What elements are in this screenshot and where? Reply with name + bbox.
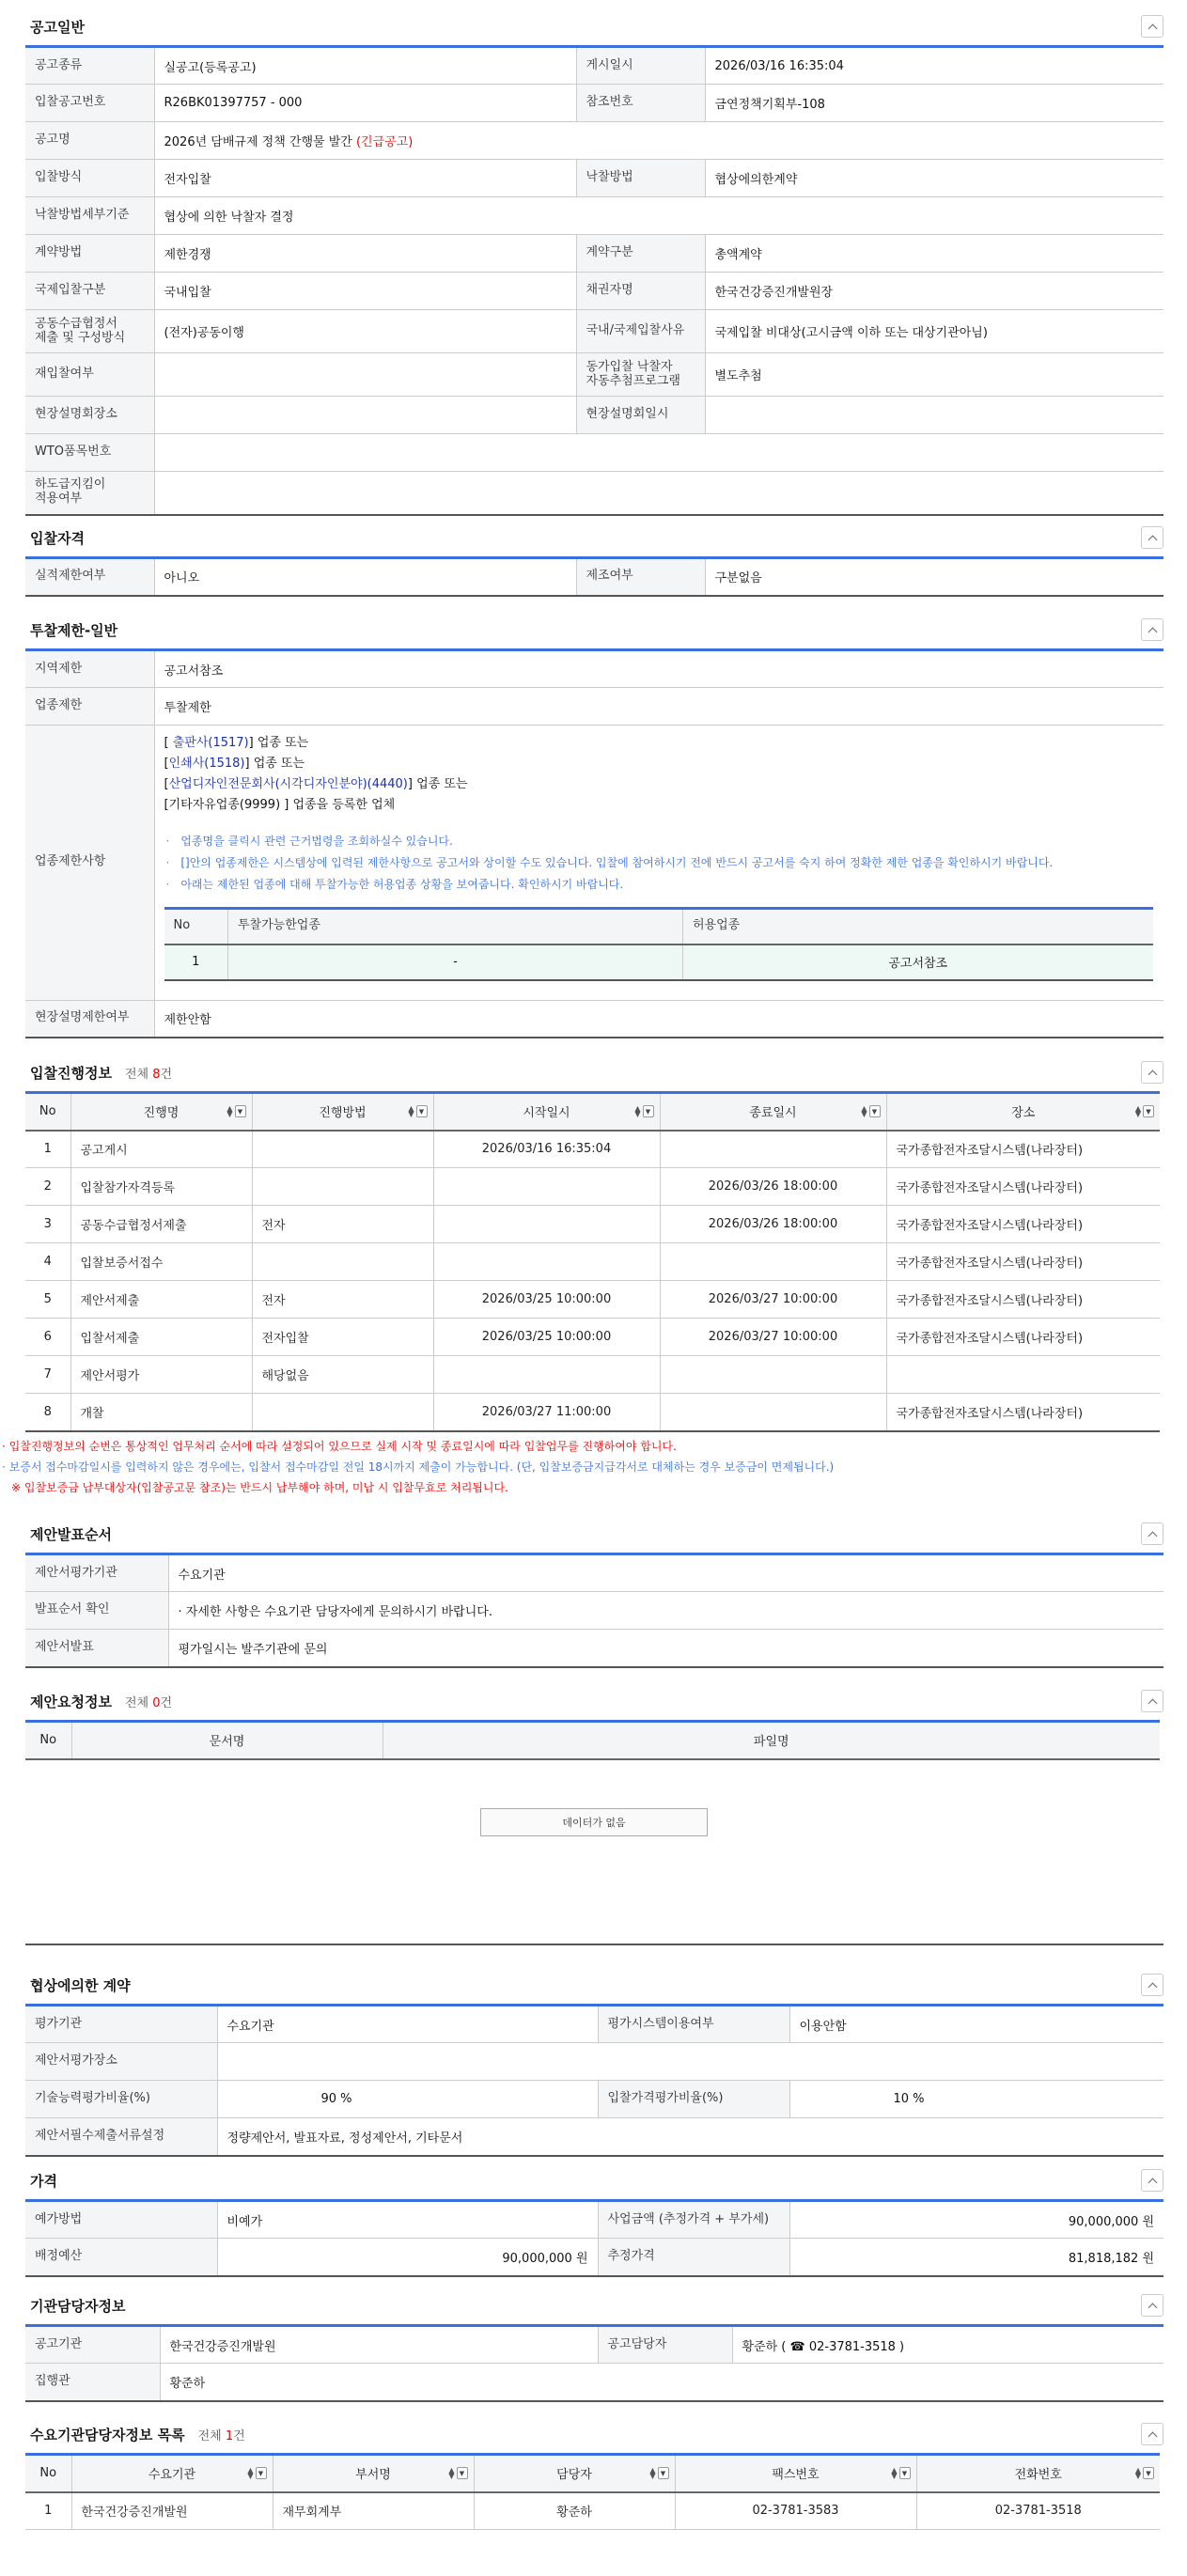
column-header[interactable]: 장소▲▼▼ <box>886 1093 1160 1131</box>
filter-dropdown-icon[interactable]: ▼ <box>899 2467 911 2479</box>
column-header[interactable]: 수요기관▲▼▼ <box>71 2455 273 2492</box>
total-count: 전체 0건 <box>125 1696 172 1710</box>
table-row: 1공고게시2026/03/16 16:35:04국가종합전자조달시스템(나라장터… <box>25 1131 1160 1168</box>
info-row: 낙찰방법세부기준협상에 의한 낙찰자 결정 <box>25 197 1164 235</box>
table-cell: 입찰서제출 <box>70 1319 252 1356</box>
sort-controls: ▲▼▼ <box>247 2467 266 2479</box>
section-general: 공고일반 공고종류실공고(등록공고)게시일시2026/03/16 16:35:0… <box>25 8 1164 516</box>
negotiation-table: 평가기관수요기관평가시스템이용여부이용안함제안서평가장소기술능력평가비율(%)9… <box>25 2004 1164 2157</box>
field-label: 배정예산 <box>25 2239 217 2276</box>
table-cell: 1 <box>164 945 228 980</box>
field-value <box>154 353 576 397</box>
column-header: 문서명 <box>71 1722 383 1759</box>
sort-icon[interactable]: ▲▼ <box>1135 2468 1141 2479</box>
section-title: 협상에의한 계약 <box>30 1975 131 1995</box>
filter-dropdown-icon[interactable]: ▼ <box>457 2467 468 2479</box>
field-label: 낙찰방법 <box>576 160 705 197</box>
column-header[interactable]: 시작일시▲▼▼ <box>433 1093 660 1131</box>
field-value: 평가일시는 발주기관에 문의 <box>168 1630 1164 1667</box>
field-label: 사업금액 (추정가격 + 부가세) <box>598 2201 789 2239</box>
field-label: 기술능력평가비율(%) <box>25 2081 217 2118</box>
field-value: 90,000,000 원 <box>217 2239 598 2276</box>
field-label: 입찰가격평가비율(%) <box>598 2081 789 2118</box>
column-header[interactable]: 팩스번호▲▼▼ <box>675 2455 916 2492</box>
section-title: 제안요청정보전체 0건 <box>30 1692 172 1711</box>
collapse-toggle-button[interactable] <box>1141 2294 1164 2317</box>
info-row: 제안서발표평가일시는 발주기관에 문의 <box>25 1630 1164 1667</box>
table-cell: 개찰 <box>70 1394 252 1431</box>
table-cell <box>433 1243 660 1281</box>
industry-detail-label: 업종제한사항 <box>25 726 154 1001</box>
region-label: 지역제한 <box>25 650 154 688</box>
field-value: 한국건강증진개발원 <box>160 2326 598 2364</box>
column-header-label: 진행명 <box>144 1106 180 1120</box>
table-cell <box>433 1168 660 1206</box>
field-value: 국제입찰 비대상(고시금액 이하 또는 대상기관아님) <box>705 310 1164 353</box>
general-info-table: 공고종류실공고(등록공고)게시일시2026/03/16 16:35:04입찰공고… <box>25 45 1164 516</box>
table-cell: 국가종합전자조달시스템(나라장터) <box>886 1319 1160 1356</box>
sort-controls: ▲▼▼ <box>1135 1105 1154 1117</box>
table-cell <box>660 1131 886 1168</box>
column-header-label: 파일명 <box>754 1735 789 1749</box>
info-row: 배정예산90,000,000 원추정가격81,818,182 원 <box>25 2239 1164 2276</box>
column-header-label: 문서명 <box>210 1735 245 1749</box>
column-header-label: 수요기관 <box>148 2468 195 2482</box>
collapse-toggle-button[interactable] <box>1141 1690 1164 1712</box>
field-label: 계약방법 <box>25 235 154 273</box>
table-cell: 2 <box>25 1168 70 1206</box>
column-header[interactable]: 진행방법▲▼▼ <box>252 1093 433 1131</box>
collapse-toggle-button[interactable] <box>1141 1061 1164 1084</box>
field-value: 제한경쟁 <box>154 235 576 273</box>
sort-controls: ▲▼▼ <box>226 1105 245 1117</box>
field-value <box>154 397 576 434</box>
info-row: 계약방법제한경쟁계약구분총액계약 <box>25 235 1164 273</box>
industry-line: [기타자유업종(9999) ] 업종을 등록한 업체 <box>164 795 1155 816</box>
field-value <box>154 472 1164 515</box>
column-header[interactable]: 진행명▲▼▼ <box>70 1093 252 1131</box>
field-value: 81,818,182 원 <box>789 2239 1164 2276</box>
collapse-toggle-button[interactable] <box>1141 2423 1164 2445</box>
section-title: 공고일반 <box>30 17 85 37</box>
field-value: 협상에의한계약 <box>705 160 1164 197</box>
table-cell <box>433 1356 660 1394</box>
table-cell: 2026/03/27 10:00:00 <box>660 1319 886 1356</box>
field-label: 낙찰방법세부기준 <box>25 197 154 235</box>
total-count: 전체 1건 <box>198 2429 245 2443</box>
field-value: 이용안함 <box>789 2006 1164 2043</box>
column-header-label: No <box>39 2466 56 2480</box>
section-restriction: 투찰제한-일반 지역제한 공고서참조 업종제한 투찰제한 업종제한사항 [ 출판… <box>25 611 1164 1038</box>
table-cell: 02-3781-3583 <box>675 2492 916 2530</box>
industry-link[interactable]: 산업디자인전문회사(시각디자인분야)(4440) <box>169 777 408 791</box>
table-cell: 4 <box>25 1243 70 1281</box>
filter-dropdown-icon[interactable]: ▼ <box>235 1105 246 1117</box>
table-cell: 공동수급협정서제출 <box>70 1206 252 1243</box>
sort-controls: ▲▼▼ <box>891 2467 910 2479</box>
info-row: 국제입찰구분국내입찰채권자명한국건강증진개발원장 <box>25 273 1164 310</box>
table-row: 8개찰2026/03/27 11:00:00국가종합전자조달시스템(나라장터) <box>25 1394 1160 1431</box>
allowed-industry-table: No투찰가능한업종허용업종1-공고서참조 <box>164 907 1153 981</box>
field-label: 공고명 <box>25 122 154 160</box>
table-cell <box>660 1394 886 1431</box>
table-cell: 공고게시 <box>70 1131 252 1168</box>
table-cell: 2026/03/26 18:00:00 <box>660 1206 886 1243</box>
field-label: 공고담당자 <box>598 2326 732 2364</box>
industry-label: 업종제한 <box>25 688 154 726</box>
section-title: 기관담당자정보 <box>30 2296 125 2316</box>
field-value: 총액계약 <box>705 235 1164 273</box>
note-guarantee: 보증서 접수마감일시를 입력하지 않은 경우에는, 입찰서 접수마감일 전일 1… <box>2 1457 1164 1477</box>
sort-controls: ▲▼▼ <box>448 2467 467 2479</box>
table-cell <box>252 1131 433 1168</box>
table-cell: 2026/03/27 11:00:00 <box>433 1394 660 1431</box>
column-header[interactable]: 담당자▲▼▼ <box>474 2455 675 2492</box>
field-value: 별도추첨 <box>705 353 1164 397</box>
section-title: 투찰제한-일반 <box>30 620 117 640</box>
collapse-toggle-button[interactable] <box>1141 1974 1164 1996</box>
info-row: 기술능력평가비율(%)90 %입찰가격평가비율(%)10 % <box>25 2081 1164 2118</box>
sort-controls: ▲▼▼ <box>408 1105 427 1117</box>
info-row: 현장설명회장소현장설명회일시 <box>25 397 1164 434</box>
info-row: 공동수급협정서제출 및 구성방식(전자)공동이행국내/국제입찰사유국제입찰 비대… <box>25 310 1164 353</box>
table-cell: 전자 <box>252 1206 433 1243</box>
table-cell: 8 <box>25 1394 70 1431</box>
table-cell: 2026/03/16 16:35:04 <box>433 1131 660 1168</box>
table-cell <box>252 1243 433 1281</box>
progress-notes: 입찰진행정보의 순번은 통상적인 업무처리 순서에 따라 설정되어 있으므로 실… <box>0 1432 1164 1498</box>
field-label: 계약구분 <box>576 235 705 273</box>
field-value: (전자)공동이행 <box>154 310 576 353</box>
filter-dropdown-icon[interactable]: ▼ <box>416 1105 428 1117</box>
region-value: 공고서참조 <box>154 650 1164 688</box>
table-cell <box>660 1243 886 1281</box>
info-row: 제안서평가장소 <box>25 2043 1164 2081</box>
field-value: 수요기관 <box>168 1554 1164 1592</box>
table-row: 1-공고서참조 <box>164 945 1153 980</box>
section-presentation: 제안발표순서 제안서평가기관수요기관발표순서 확인· 자세한 사항은 수요기관 … <box>25 1515 1164 1668</box>
industry-line: [인쇄사(1518)] 업종 또는 <box>164 754 1155 774</box>
section-price: 가격 예가방법비예가사업금액 (추정가격 + 부가세)90,000,000 원배… <box>25 2162 1164 2277</box>
sort-icon[interactable]: ▲▼ <box>649 2468 655 2479</box>
field-label: 참조번호 <box>576 85 705 122</box>
table-cell: 국가종합전자조달시스템(나라장터) <box>886 1281 1160 1319</box>
table-cell <box>252 1168 433 1206</box>
table-cell: - <box>228 945 683 980</box>
table-cell: 국가종합전자조달시스템(나라장터) <box>886 1206 1160 1243</box>
column-header-label: 부서명 <box>355 2468 391 2482</box>
sort-icon[interactable]: ▲▼ <box>891 2468 897 2479</box>
field-value: 2026년 담배규제 정책 간행물 발간 (긴급공고) <box>154 122 1164 160</box>
field-value <box>705 397 1164 434</box>
field-label: 공고기관 <box>25 2326 160 2364</box>
filter-dropdown-icon[interactable]: ▼ <box>1143 1105 1154 1117</box>
column-header: No <box>25 1093 70 1131</box>
table-row: 1한국건강증진개발원재무회계부황준하02-3781-358302-3781-35… <box>25 2492 1160 2530</box>
sort-icon[interactable]: ▲▼ <box>861 1106 867 1117</box>
info-row: 하도급지킴이적용여부 <box>25 472 1164 515</box>
header-row: No문서명파일명 <box>25 1722 1160 1759</box>
info-row: 집행관황준하 <box>25 2364 1164 2401</box>
field-label: 국내/국제입찰사유 <box>576 310 705 353</box>
table-cell <box>660 1356 886 1394</box>
section-title: 제안발표순서 <box>30 1524 112 1544</box>
field-value: 10 % <box>789 2081 1164 2118</box>
industry-line: [산업디자인전문회사(시각디자인분야)(4440)] 업종 또는 <box>164 774 1155 795</box>
table-cell: 전자입찰 <box>252 1319 433 1356</box>
sort-icon[interactable]: ▲▼ <box>247 2468 253 2479</box>
agency-contact-table: 공고기관한국건강증진개발원공고담당자황준하 ( ☎ 02-3781-3518 )… <box>25 2324 1164 2402</box>
request-docs-table: No문서명파일명 <box>25 1720 1160 1760</box>
field-label: 제안서필수제출서류설정 <box>25 2118 217 2156</box>
info-row: WTO품목번호 <box>25 434 1164 472</box>
field-label: 국제입찰구분 <box>25 273 154 310</box>
field-value: R26BK01397757 - 000 <box>154 85 576 122</box>
table-cell <box>886 1356 1160 1394</box>
table-cell: 2026/03/27 10:00:00 <box>660 1281 886 1319</box>
field-label: 제안서발표 <box>25 1630 168 1667</box>
field-label: 발표순서 확인 <box>25 1592 168 1630</box>
sort-icon[interactable]: ▲▼ <box>226 1106 232 1117</box>
field-label: 입찰공고번호 <box>25 85 154 122</box>
column-header-label: No <box>39 1104 56 1118</box>
column-header: No <box>25 2455 71 2492</box>
table-cell: 7 <box>25 1356 70 1394</box>
field-value: 전자입찰 <box>154 160 576 197</box>
industry-value: 투찰제한 <box>154 688 1164 726</box>
table-cell <box>433 1206 660 1243</box>
table-cell: 2026/03/26 18:00:00 <box>660 1168 886 1206</box>
table-cell: 2026/03/25 10:00:00 <box>433 1281 660 1319</box>
field-label: 추정가격 <box>598 2239 789 2276</box>
info-row: 재입찰여부동가입찰 낙찰자자동추첨프로그램별도추첨 <box>25 353 1164 397</box>
table-cell: 2026/03/25 10:00:00 <box>433 1319 660 1356</box>
table-cell: 1 <box>25 1131 70 1168</box>
field-value: 90,000,000 원 <box>789 2201 1164 2239</box>
field-label: 평가기관 <box>25 2006 217 2043</box>
section-negotiation: 협상에의한 계약 평가기관수요기관평가시스템이용여부이용안함제안서평가장소기술능… <box>25 1966 1164 2157</box>
table-row: 6입찰서제출전자입찰2026/03/25 10:00:002026/03/27 … <box>25 1319 1160 1356</box>
field-label: 채권자명 <box>576 273 705 310</box>
column-header-label: 전화번호 <box>1015 2468 1062 2482</box>
sort-icon[interactable]: ▲▼ <box>448 2468 454 2479</box>
section-qualification: 입찰자격 실적제한여부아니오제조여부구분없음 <box>25 519 1164 597</box>
table-cell: 국가종합전자조달시스템(나라장터) <box>886 1394 1160 1431</box>
column-header-label: 진행방법 <box>319 1106 366 1120</box>
field-value: 비예가 <box>217 2201 598 2239</box>
info-note: 아래는 제한된 업종에 대해 투찰가능한 허용업종 상황을 보여줍니다. 확인하… <box>166 874 1155 896</box>
table-cell: 국가종합전자조달시스템(나라장터) <box>886 1243 1160 1281</box>
no-data-message: 데이터가 없음 <box>480 1808 708 1836</box>
column-header: 투찰가능한업종 <box>228 909 683 945</box>
info-row: 제안서평가기관수요기관 <box>25 1554 1164 1592</box>
industry-line: [ 출판사(1517)] 업종 또는 <box>164 733 1155 754</box>
section-title: 가격 <box>30 2171 57 2191</box>
table-cell: 공고서참조 <box>683 945 1153 980</box>
table-cell: 국가종합전자조달시스템(나라장터) <box>886 1131 1160 1168</box>
info-row: 공고기관한국건강증진개발원공고담당자황준하 ( ☎ 02-3781-3518 ) <box>25 2326 1164 2364</box>
site-restriction-label: 현장설명제한여부 <box>25 1000 154 1038</box>
sort-controls: ▲▼▼ <box>649 2467 668 2479</box>
field-value <box>154 434 1164 472</box>
restriction-table: 지역제한 공고서참조 업종제한 투찰제한 업종제한사항 [ 출판사(1517)]… <box>25 648 1164 1038</box>
table-cell: 전자 <box>252 1281 433 1319</box>
table-cell: 제안서제출 <box>70 1281 252 1319</box>
industry-info-notes: 업종명을 클릭시 관련 근거법령을 조회하실수 있습니다.[]안의 업종제한은 … <box>164 831 1155 896</box>
field-label: 동가입찰 낙찰자자동추첨프로그램 <box>576 353 705 397</box>
column-header[interactable]: 전화번호▲▼▼ <box>916 2455 1160 2492</box>
table-cell: 국가종합전자조달시스템(나라장터) <box>886 1168 1160 1206</box>
presentation-table: 제안서평가기관수요기관발표순서 확인· 자세한 사항은 수요기관 담당자에게 문… <box>25 1553 1164 1668</box>
column-header-label: No <box>39 1733 56 1747</box>
total-count: 전체 8건 <box>125 1068 172 1082</box>
field-value: · 자세한 사항은 수요기관 담당자에게 문의하시기 바랍니다. <box>168 1592 1164 1630</box>
table-cell: 제안서평가 <box>70 1356 252 1394</box>
table-cell <box>252 1394 433 1431</box>
field-value: 국내입찰 <box>154 273 576 310</box>
field-value: 황준하 ( ☎ 02-3781-3518 ) <box>732 2326 1164 2364</box>
column-header-label: 담당자 <box>556 2468 592 2482</box>
field-label: 게시일시 <box>576 47 705 85</box>
section-title: 입찰진행정보전체 8건 <box>30 1063 172 1083</box>
info-note: []안의 업종제한은 시스템상에 입력된 제한사항으로 공고서와 상이할 수도 … <box>166 852 1155 874</box>
sort-icon[interactable]: ▲▼ <box>408 1106 414 1117</box>
field-label: 하도급지킴이적용여부 <box>25 472 154 515</box>
field-label: 실적제한여부 <box>25 558 154 596</box>
info-row: 예가방법비예가사업금액 (추정가격 + 부가세)90,000,000 원 <box>25 2201 1164 2239</box>
field-label: 제안서평가장소 <box>25 2043 217 2081</box>
field-label: 제조여부 <box>576 558 705 596</box>
field-value: 정량제안서, 발표자료, 정성제안서, 기타문서 <box>217 2118 1164 2156</box>
sort-icon[interactable]: ▲▼ <box>1135 1106 1141 1117</box>
field-label: 공동수급협정서제출 및 구성방식 <box>25 310 154 353</box>
collapse-toggle-button[interactable] <box>1141 618 1164 641</box>
collapse-toggle-button[interactable] <box>1141 2169 1164 2192</box>
field-value: 한국건강증진개발원장 <box>705 273 1164 310</box>
field-value <box>217 2043 1164 2081</box>
section-title: 수요기관담당자정보 목록전체 1건 <box>30 2425 245 2444</box>
field-value: 금연정책기획부-108 <box>705 85 1164 122</box>
note-sequence: 입찰진행정보의 순번은 통상적인 업무처리 순서에 따라 설정되어 있으므로 실… <box>2 1436 1164 1457</box>
field-label: 제안서평가기관 <box>25 1554 168 1592</box>
field-label: 현장설명회일시 <box>576 397 705 434</box>
filter-dropdown-icon[interactable]: ▼ <box>643 1105 654 1117</box>
field-value: 황준하 <box>160 2364 1164 2401</box>
site-restriction-value: 제한안함 <box>154 1000 1164 1038</box>
urgent-badge: (긴급공고) <box>352 135 414 149</box>
field-value: 90 % <box>217 2081 598 2118</box>
collapse-toggle-button[interactable] <box>1141 1522 1164 1545</box>
column-header: 파일명 <box>383 1722 1160 1759</box>
qualification-table: 실적제한여부아니오제조여부구분없음 <box>25 556 1164 597</box>
field-value: 2026/03/16 16:35:04 <box>705 47 1164 85</box>
column-header[interactable]: 종료일시▲▼▼ <box>660 1093 886 1131</box>
sort-controls: ▲▼▼ <box>1135 2467 1154 2479</box>
industry-list: [ 출판사(1517)] 업종 또는[인쇄사(1518)] 업종 또는[산업디자… <box>164 729 1155 820</box>
info-row: 공고명2026년 담배규제 정책 간행물 발간 (긴급공고) <box>25 122 1164 160</box>
table-row: 4입찰보증서접수국가종합전자조달시스템(나라장터) <box>25 1243 1160 1281</box>
filter-dropdown-icon[interactable]: ▼ <box>869 1105 881 1117</box>
collapse-toggle-button[interactable] <box>1141 526 1164 549</box>
field-label: 입찰방식 <box>25 160 154 197</box>
column-header[interactable]: 부서명▲▼▼ <box>273 2455 474 2492</box>
field-value: 실공고(등록공고) <box>154 47 576 85</box>
field-value: 수요기관 <box>217 2006 598 2043</box>
sort-controls: ▲▼▼ <box>634 1105 653 1117</box>
field-label: 공고종류 <box>25 47 154 85</box>
table-row: 5제안서제출전자2026/03/25 10:00:002026/03/27 10… <box>25 1281 1160 1319</box>
column-header-label: 시작일시 <box>523 1106 570 1120</box>
header-row: No진행명▲▼▼진행방법▲▼▼시작일시▲▼▼종료일시▲▼▼장소▲▼▼ <box>25 1093 1160 1131</box>
industry-link[interactable]: 출판사(1517) <box>173 736 249 750</box>
column-header-label: 팩스번호 <box>772 2468 819 2482</box>
section-agency: 기관담당자정보 공고기관한국건강증진개발원공고담당자황준하 ( ☎ 02-378… <box>25 2287 1164 2402</box>
filter-dropdown-icon[interactable]: ▼ <box>256 2467 267 2479</box>
table-cell: 3 <box>25 1206 70 1243</box>
table-cell: 한국건강증진개발원 <box>71 2492 273 2530</box>
section-title: 입찰자격 <box>30 528 85 548</box>
section-demand: 수요기관담당자정보 목록전체 1건 No수요기관▲▼▼부서명▲▼▼담당자▲▼▼팩… <box>25 2415 1164 2530</box>
field-value: 구분없음 <box>705 558 1164 596</box>
collapse-toggle-button[interactable] <box>1141 15 1164 38</box>
field-label: 집행관 <box>25 2364 160 2401</box>
header-row: No수요기관▲▼▼부서명▲▼▼담당자▲▼▼팩스번호▲▼▼전화번호▲▼▼ <box>25 2455 1160 2492</box>
info-row: 발표순서 확인· 자세한 사항은 수요기관 담당자에게 문의하시기 바랍니다. <box>25 1592 1164 1630</box>
table-cell: 5 <box>25 1281 70 1319</box>
table-cell: 1 <box>25 2492 71 2530</box>
table-cell: 재무회계부 <box>273 2492 474 2530</box>
info-row: 공고종류실공고(등록공고)게시일시2026/03/16 16:35:04 <box>25 47 1164 85</box>
info-row: 입찰방식전자입찰낙찰방법협상에의한계약 <box>25 160 1164 197</box>
filter-dropdown-icon[interactable]: ▼ <box>658 2467 669 2479</box>
field-label: WTO품목번호 <box>25 434 154 472</box>
table-row: 7제안서평가해당없음 <box>25 1356 1160 1394</box>
table-cell: 02-3781-3518 <box>916 2492 1160 2530</box>
info-note: 업종명을 클릭시 관련 근거법령을 조회하실수 있습니다. <box>166 831 1155 852</box>
field-label: 재입찰여부 <box>25 353 154 397</box>
info-row: 제안서필수제출서류설정정량제안서, 발표자료, 정성제안서, 기타문서 <box>25 2118 1164 2156</box>
table-cell: 황준하 <box>474 2492 675 2530</box>
table-row: 3공동수급협정서제출전자2026/03/26 18:00:00국가종합전자조달시… <box>25 1206 1160 1243</box>
note-deposit: ※ 입찰보증금 납부대상자(입찰공고문 참조)는 반드시 납부해야 하며, 미납… <box>2 1477 1164 1498</box>
industry-link[interactable]: 인쇄사(1518) <box>169 757 245 771</box>
column-header-label: 종료일시 <box>749 1106 796 1120</box>
sort-icon[interactable]: ▲▼ <box>634 1106 640 1117</box>
info-row: 실적제한여부아니오제조여부구분없음 <box>25 558 1164 596</box>
field-label: 현장설명회장소 <box>25 397 154 434</box>
info-row: 입찰공고번호R26BK01397757 - 000참조번호금연정책기획부-108 <box>25 85 1164 122</box>
table-row: 2입찰참가자격등록2026/03/26 18:00:00국가종합전자조달시스템(… <box>25 1168 1160 1206</box>
column-header: 허용업종 <box>683 909 1153 945</box>
column-header: No <box>25 1722 71 1759</box>
field-value: 아니오 <box>154 558 576 596</box>
sort-controls: ▲▼▼ <box>861 1105 880 1117</box>
field-value: 협상에 의한 낙찰자 결정 <box>154 197 1164 235</box>
field-label: 평가시스템이용여부 <box>598 2006 789 2043</box>
progress-table: No진행명▲▼▼진행방법▲▼▼시작일시▲▼▼종료일시▲▼▼장소▲▼▼1공고게시2… <box>25 1091 1160 1432</box>
table-cell: 6 <box>25 1319 70 1356</box>
field-label: 예가방법 <box>25 2201 217 2239</box>
section-request: 제안요청정보전체 0건 No문서명파일명 데이터가 없음 <box>25 1682 1164 1945</box>
column-header-label: 장소 <box>1011 1106 1035 1120</box>
price-table: 예가방법비예가사업금액 (추정가격 + 부가세)90,000,000 원배정예산… <box>25 2199 1164 2277</box>
table-cell: 해당없음 <box>252 1356 433 1394</box>
demand-contact-table: No수요기관▲▼▼부서명▲▼▼담당자▲▼▼팩스번호▲▼▼전화번호▲▼▼1한국건강… <box>25 2453 1160 2530</box>
filter-dropdown-icon[interactable]: ▼ <box>1143 2467 1154 2479</box>
section-progress: 입찰진행정보전체 8건 No진행명▲▼▼진행방법▲▼▼시작일시▲▼▼종료일시▲▼… <box>25 1054 1164 1498</box>
table-cell: 입찰참가자격등록 <box>70 1168 252 1206</box>
column-header: No <box>164 909 228 945</box>
